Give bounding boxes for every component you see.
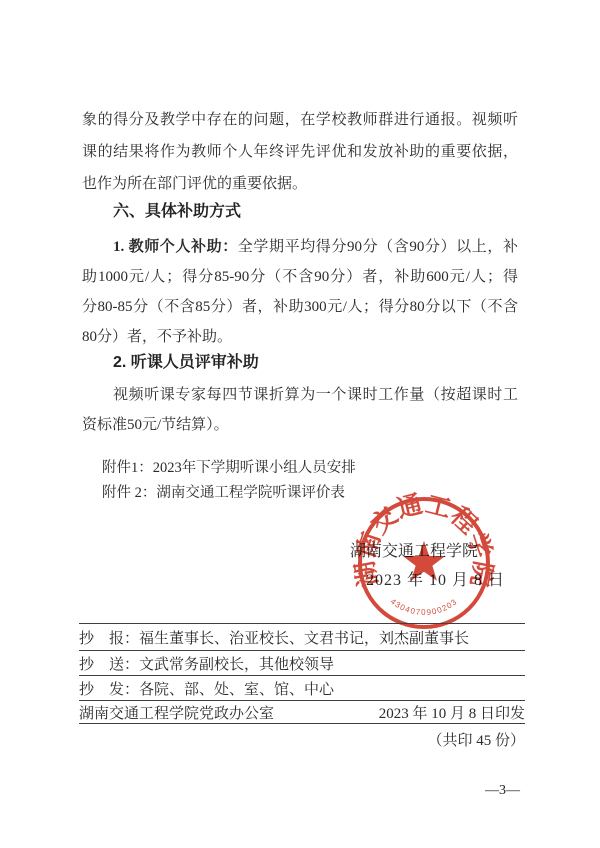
seal-code: 4304070900203 bbox=[389, 597, 459, 617]
seal-code-holder: 4304070900203 bbox=[389, 597, 459, 617]
item2-heading: 2. 听课人员评审补助 bbox=[113, 348, 259, 378]
copies-count: （共印 45 份） bbox=[79, 724, 525, 750]
intro-paragraph: 象的得分及教学中存在的问题，在学校教师群进行通报。视频听 课的结果将作为教师个人… bbox=[82, 104, 518, 200]
signature-date: 2023 年 10 月 8 日 bbox=[366, 569, 505, 593]
paragraph-line: 也作为所在部门评优的重要依据。 bbox=[82, 168, 518, 200]
item2-paragraph: 视频听课专家每四节课折算为一个课时工作量（按超课时工 资标准50元/节结算）。 bbox=[82, 380, 518, 440]
distribution-table: 抄 报：福生董事长、治亚校长、文君书记，刘杰副董事长 抄 送：文武常务副校长，其… bbox=[79, 623, 525, 750]
paragraph-line: 象的得分及教学中存在的问题，在学校教师群进行通报。视频听 bbox=[82, 104, 518, 136]
item1-lead: 1. 教师个人补助： bbox=[113, 239, 238, 255]
paragraph-line: 资标准50元/节结算）。 bbox=[82, 410, 518, 440]
paragraph-line: 视频听课专家每四节课折算为一个课时工作量（按超课时工 bbox=[82, 380, 518, 410]
table-row: 抄 报：福生董事长、治亚校长、文君书记，刘杰副董事长 bbox=[79, 623, 525, 650]
item1-text: 全学期平均得分90分（含90分）以上，补 bbox=[238, 239, 518, 255]
item1-paragraph: 1. 教师个人补助：全学期平均得分90分（含90分）以上，补 助1000元/人；… bbox=[82, 232, 518, 352]
paragraph-line: 分80-85分（不含85分）者，补助300元/人；得分80分以下（不含 bbox=[82, 292, 518, 322]
page-number: —3— bbox=[485, 783, 520, 799]
signature-org: 湖南交通工程学院 bbox=[350, 540, 478, 564]
paragraph-line: 助1000元/人；得分85-90分（不含90分）者，补助600元/人；得 bbox=[82, 262, 518, 292]
table-row: 湖南交通工程学院党政办公室 2023 年 10 月 8 日印发 bbox=[79, 700, 525, 724]
paragraph-line: 课的结果将作为教师个人年终评先评优和发放补助的重要依据， bbox=[82, 136, 518, 168]
table-row: 抄 发：各院、部、处、室、馆、中心 bbox=[79, 675, 525, 700]
attachment-item: 附件 2：湖南交通工程学院听课评价表 bbox=[102, 481, 356, 506]
paragraph-line: 1. 教师个人补助：全学期平均得分90分（含90分）以上，补 bbox=[82, 232, 518, 262]
attachments-list: 附件1：2023年下学期听课小组人员安排 附件 2：湖南交通工程学院听课评价表 bbox=[102, 456, 356, 506]
copy-report-line: 抄 报：福生董事长、治亚校长、文君书记，刘杰副董事长 bbox=[79, 627, 469, 648]
issuing-office: 湖南交通工程学院党政办公室 bbox=[79, 702, 274, 723]
table-row: 抄 送：文武常务副校长，其他校领导 bbox=[79, 650, 525, 675]
section-heading: 六、具体补助方式 bbox=[113, 197, 241, 227]
copy-send-line: 抄 送：文武常务副校长，其他校领导 bbox=[79, 653, 334, 674]
copy-issue-line: 抄 发：各院、部、处、室、馆、中心 bbox=[79, 678, 334, 699]
attachment-item: 附件1：2023年下学期听课小组人员安排 bbox=[102, 456, 356, 481]
document-page: 象的得分及教学中存在的问题，在学校教师群进行通报。视频听 课的结果将作为教师个人… bbox=[0, 0, 600, 848]
print-date: 2023 年 10 月 8 日印发 bbox=[379, 702, 525, 723]
